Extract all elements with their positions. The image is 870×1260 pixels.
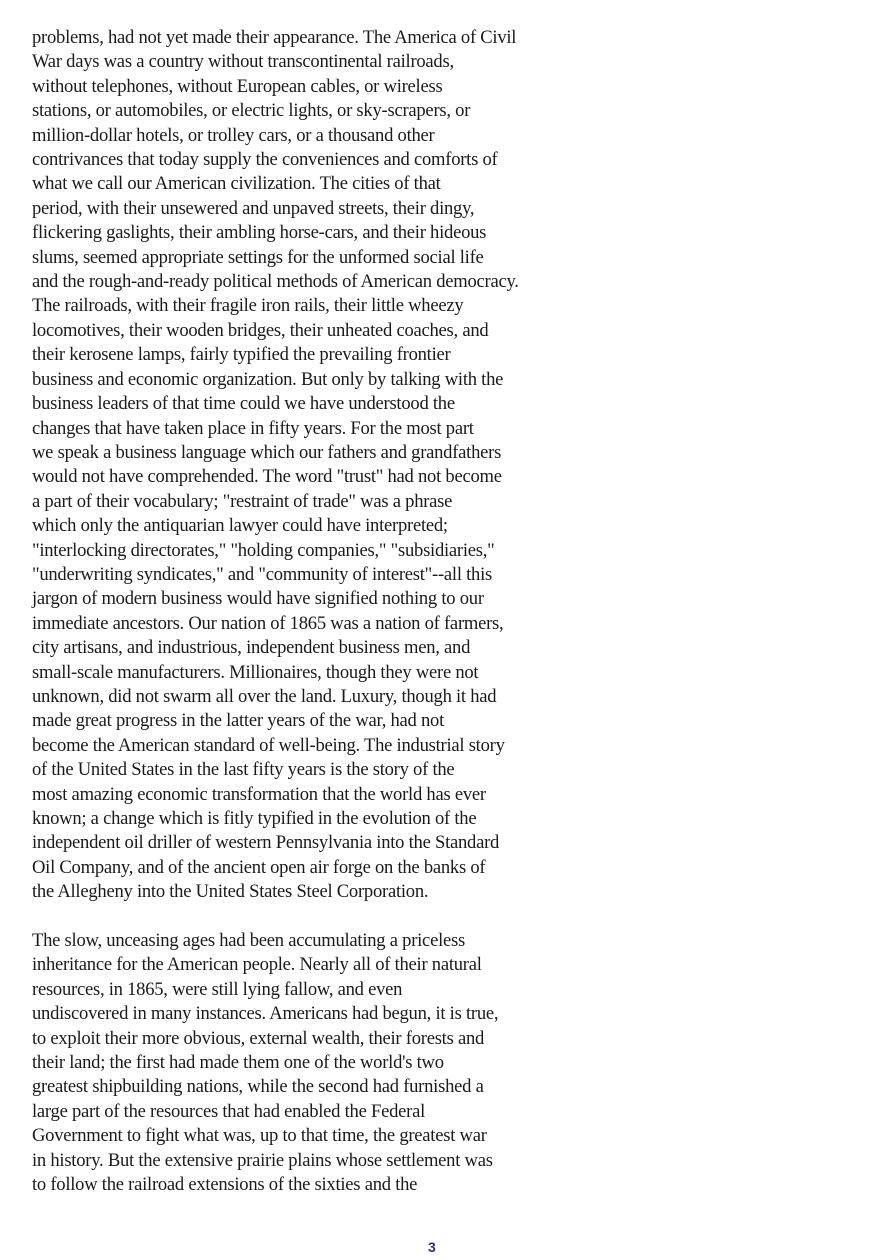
text-line: problems, had not yet made their appeara… — [32, 26, 592, 50]
text-line: the Allegheny into the United States Ste… — [32, 880, 592, 904]
text-line: slums, seemed appropriate settings for t… — [32, 246, 592, 270]
text-line: in history. But the extensive prairie pl… — [32, 1149, 592, 1173]
paragraph-2: The slow, unceasing ages had been accumu… — [32, 929, 592, 1197]
text-line: War days was a country without transcont… — [32, 50, 592, 74]
text-line: business and economic organization. But … — [32, 368, 592, 392]
text-line: "underwriting syndicates," and "communit… — [32, 563, 592, 587]
text-line: "interlocking directorates," "holding co… — [32, 539, 592, 563]
text-line: changes that have taken place in fifty y… — [32, 417, 592, 441]
text-line: city artisans, and industrious, independ… — [32, 636, 592, 660]
text-line: most amazing economic transformation tha… — [32, 783, 592, 807]
text-line: without telephones, without European cab… — [32, 75, 592, 99]
text-line: what we call our American civilization. … — [32, 172, 592, 196]
text-line: a part of their vocabulary; "restraint o… — [32, 490, 592, 514]
page-number: 3 — [428, 1239, 436, 1255]
text-line: greatest shipbuilding nations, while the… — [32, 1075, 592, 1099]
text-line: Government to fight what was, up to that… — [32, 1124, 592, 1148]
text-line: independent oil driller of western Penns… — [32, 831, 592, 855]
text-line: large part of the resources that had ena… — [32, 1100, 592, 1124]
text-line: The slow, unceasing ages had been accumu… — [32, 929, 592, 953]
text-line: million-dollar hotels, or trolley cars, … — [32, 124, 592, 148]
text-line: locomotives, their wooden bridges, their… — [32, 319, 592, 343]
text-line: to follow the railroad extensions of the… — [32, 1173, 592, 1197]
text-line: stations, or automobiles, or electric li… — [32, 99, 592, 123]
text-line: jargon of modern business would have sig… — [32, 587, 592, 611]
text-line: immediate ancestors. Our nation of 1865 … — [32, 612, 592, 636]
text-line: undiscovered in many instances. American… — [32, 1002, 592, 1026]
text-line: business leaders of that time could we h… — [32, 392, 592, 416]
text-line: contrivances that today supply the conve… — [32, 148, 592, 172]
text-line: would not have comprehended. The word "t… — [32, 465, 592, 489]
document-page: problems, had not yet made their appeara… — [32, 26, 592, 1197]
text-line: resources, in 1865, were still lying fal… — [32, 978, 592, 1002]
text-line: unknown, did not swarm all over the land… — [32, 685, 592, 709]
text-line: Oil Company, and of the ancient open air… — [32, 856, 592, 880]
text-line: their kerosene lamps, fairly typified th… — [32, 343, 592, 367]
text-line: of the United States in the last fifty y… — [32, 758, 592, 782]
text-line: inheritance for the American people. Nea… — [32, 953, 592, 977]
text-line: we speak a business language which our f… — [32, 441, 592, 465]
text-line: flickering gaslights, their ambling hors… — [32, 221, 592, 245]
text-line: become the American standard of well-bei… — [32, 734, 592, 758]
text-line: their land; the first had made them one … — [32, 1051, 592, 1075]
text-line: known; a change which is fitly typified … — [32, 807, 592, 831]
text-line: which only the antiquarian lawyer could … — [32, 514, 592, 538]
paragraph-1: problems, had not yet made their appeara… — [32, 26, 592, 905]
text-line: and the rough-and-ready political method… — [32, 270, 592, 294]
text-line: The railroads, with their fragile iron r… — [32, 294, 592, 318]
text-line: small-scale manufacturers. Millionaires,… — [32, 661, 592, 685]
text-line: made great progress in the latter years … — [32, 709, 592, 733]
text-line: to exploit their more obvious, external … — [32, 1027, 592, 1051]
text-line: period, with their unsewered and unpaved… — [32, 197, 592, 221]
